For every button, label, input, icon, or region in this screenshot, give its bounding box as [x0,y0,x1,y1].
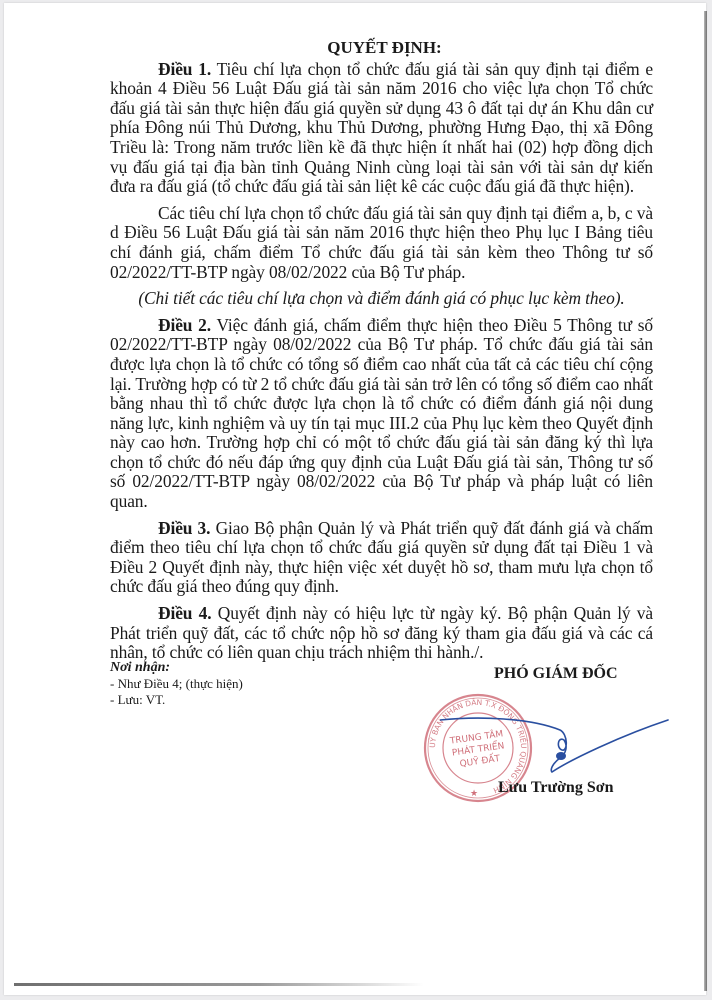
document-footer: Nơi nhận: - Như Điều 4; (thực hiện) - Lư… [110,660,653,810]
recipient-item: - Lưu: VT. [110,692,243,708]
article-4-label: Điều 4. [158,603,211,623]
article-1: Điều 1. Tiêu chí lựa chọn tổ chức đấu gi… [110,60,653,197]
article-1-text: Tiêu chí lựa chọn tổ chức đấu giá tài sả… [110,59,653,197]
article-3: Điều 3. Giao Bộ phận Quản lý và Phát tri… [110,519,653,597]
article-1-criteria: Các tiêu chí lựa chọn tổ chức đấu giá tà… [110,204,653,282]
recipients-label: Nơi nhận: [110,660,243,676]
article-2-text: Việc đánh giá, chấm điểm thực hiện theo … [110,315,653,511]
signer-name: Lưu Trường Sơn [498,779,613,797]
article-1-label: Điều 1. [158,59,211,79]
recipients-block: Nơi nhận: - Như Điều 4; (thực hiện) - Lư… [110,660,243,708]
article-3-label: Điều 3. [158,518,210,538]
article-4: Điều 4. Quyết định này có hiệu lực từ ng… [110,604,653,663]
recipient-item: - Như Điều 4; (thực hiện) [110,676,243,692]
decision-body: QUYẾT ĐỊNH: Điều 1. Tiêu chí lựa chọn tổ… [110,38,653,663]
article-2-label: Điều 2. [158,315,211,335]
decision-title: QUYẾT ĐỊNH: [110,38,653,58]
article-1-criteria-text: Các tiêu chí lựa chọn tổ chức đấu giá tà… [110,203,653,282]
article-1-note: (Chi tiết các tiêu chí lựa chọn và điểm … [110,289,653,309]
signer-title: PHÓ GIÁM ĐỐC [494,665,618,683]
svg-text:★: ★ [470,788,478,798]
article-2: Điều 2. Việc đánh giá, chấm điểm thực hi… [110,316,653,512]
page-edge-shadow-right [704,11,707,991]
article-1-note-text: (Chi tiết các tiêu chí lựa chọn và điểm … [138,288,624,308]
handwritten-signature-icon [440,700,670,780]
page-edge-shadow-bottom [14,983,424,986]
